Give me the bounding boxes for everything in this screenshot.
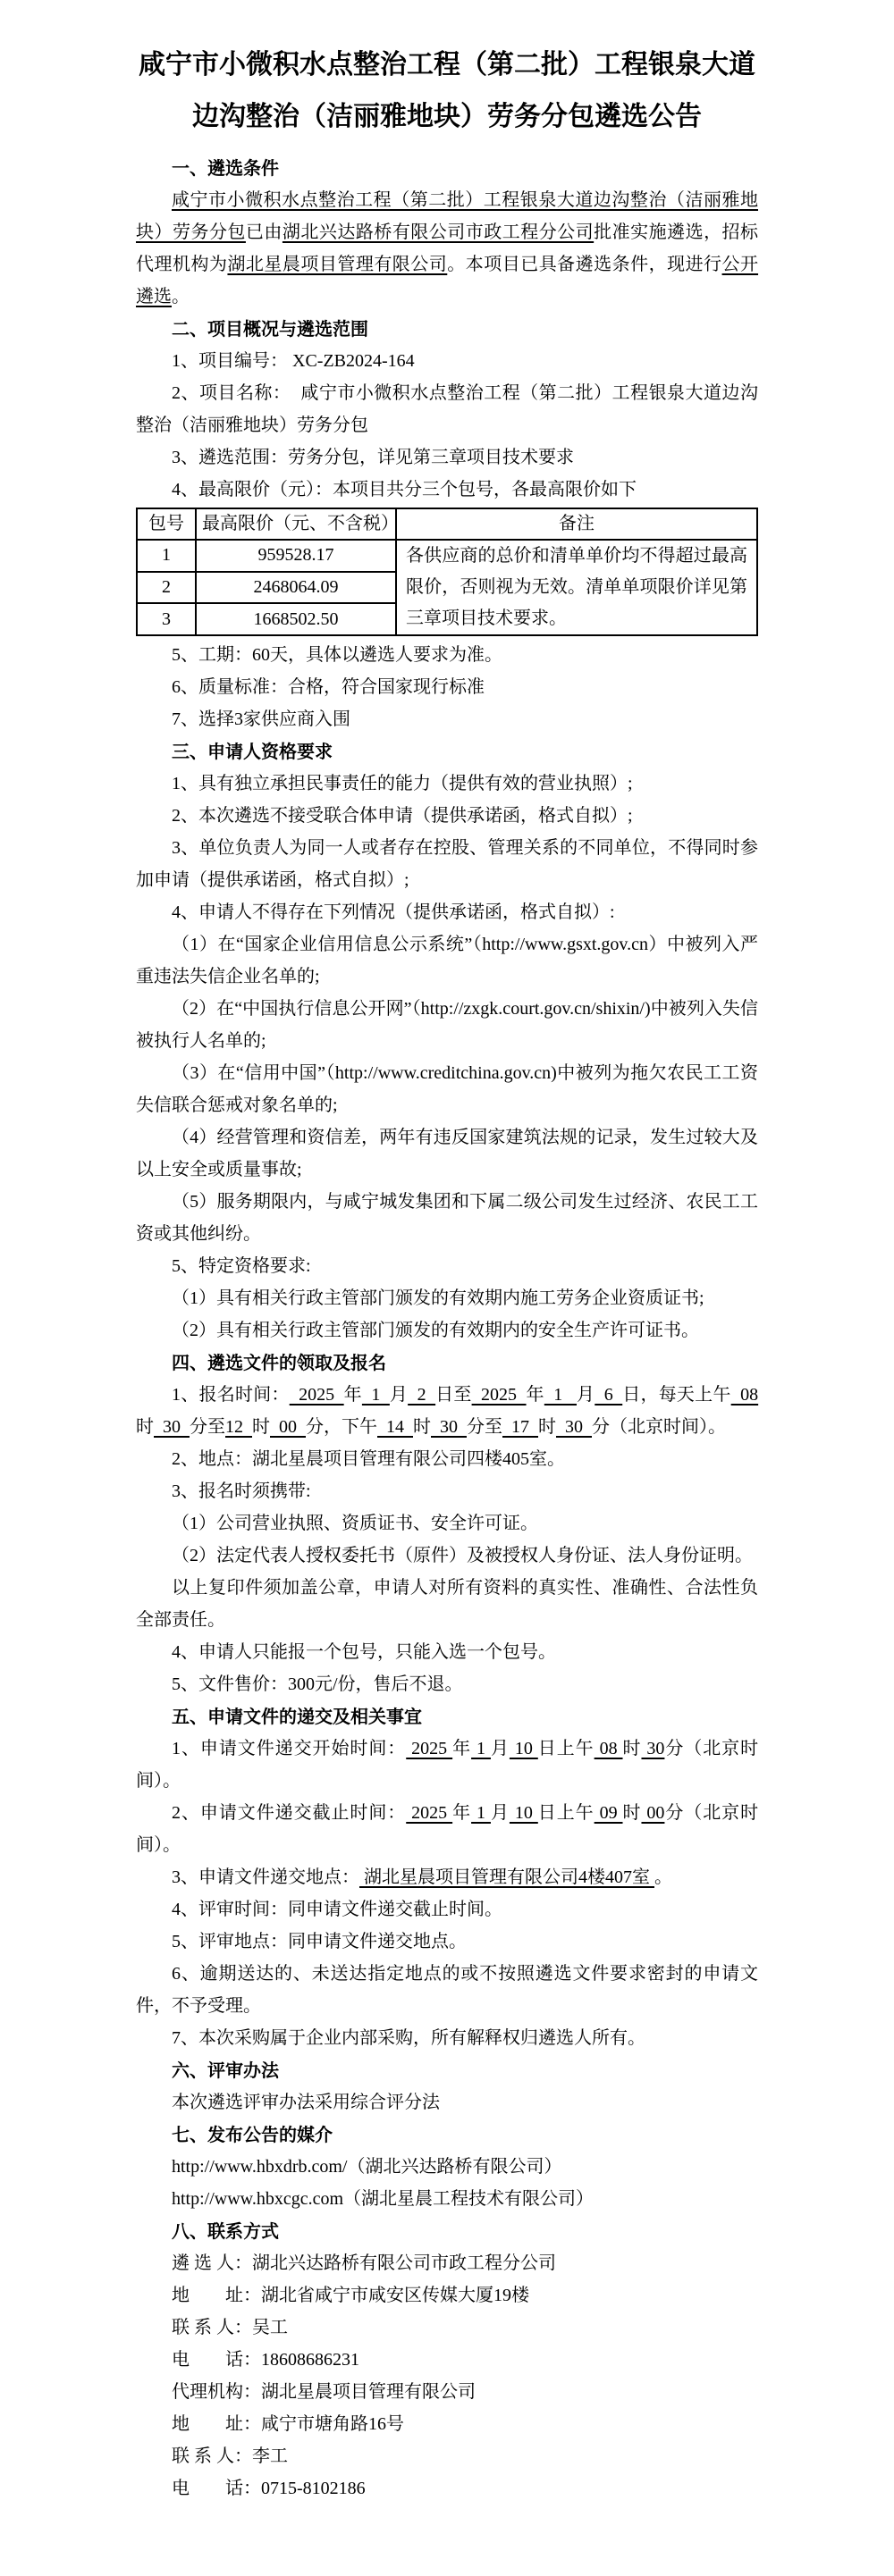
paragraph: 3、遴选范围：劳务分包，详见第三章项目技术要求	[136, 441, 758, 474]
paragraph: （1）在“国家企业信用信息公示系统”（http://www.gsxt.gov.c…	[136, 928, 758, 993]
paragraph: 4、申请人只能报一个包号，只能入选一个包号。	[136, 1636, 758, 1668]
paragraph: 2、本次遴选不接受联合体申请（提供承诺函，格式自拟）;	[136, 800, 758, 832]
underlined-text: 湖北兴达路桥有限公司市政工程分公司	[283, 222, 594, 242]
text-run: 。本项目已具备遴选条件，现进行	[447, 255, 721, 274]
paragraph: 4、申请人不得存在下列情况（提供承诺函，格式自拟）:	[136, 896, 758, 928]
max-price-cell: 959528.17	[196, 540, 396, 572]
package-number-cell: 3	[137, 603, 196, 635]
text-run: 时	[623, 1803, 642, 1823]
paragraph: 5、文件售价：300元/份，售后不退。	[136, 1668, 758, 1700]
section-heading: 二、项目概况与遴选范围	[136, 313, 758, 345]
paragraph: 以上复印件须加盖公章，申请人对所有资料的真实性、准确性、合法性负全部责任。	[136, 1572, 758, 1636]
underlined-text: 6	[595, 1385, 622, 1405]
paragraph: http://www.hbxdrb.com/（湖北兴达路桥有限公司）	[136, 2151, 758, 2183]
paragraph: 4、评审时间：同申请文件递交截止时间。	[136, 1893, 758, 1926]
paragraph: （1）具有相关行政主管部门颁发的有效期内施工劳务企业资质证书;	[136, 1282, 758, 1314]
underlined-text: 08	[595, 1739, 623, 1758]
page-title: 咸宁市小微积水点整治工程（第二批）工程银泉大道边沟整治（洁丽雅地块）劳务分包遴选…	[136, 39, 758, 143]
underlined-text: 2025	[290, 1385, 344, 1405]
text-run: 时	[538, 1417, 556, 1437]
paragraph: 联 系 人：李工	[136, 2440, 758, 2472]
text-run: 1、报名时间：	[172, 1385, 290, 1405]
underlined-text: 1	[471, 1739, 491, 1758]
text-run: 日上午	[538, 1803, 595, 1823]
underlined-text: 1	[471, 1803, 491, 1823]
document-page: 咸宁市小微积水点整治工程（第二批）工程银泉大道边沟整治（洁丽雅地块）劳务分包遴选…	[0, 0, 894, 2576]
max-price-cell: 2468064.09	[196, 572, 396, 604]
paragraph: 6、质量标准：合格，符合国家现行标准	[136, 671, 758, 703]
underlined-text: 2025	[406, 1739, 452, 1758]
section-heading: 六、评审办法	[136, 2054, 758, 2086]
text-run: 时	[623, 1739, 642, 1758]
underlined-text: 湖北星晨项目管理有限公司	[227, 255, 447, 274]
underlined-text: 30	[641, 1739, 664, 1758]
paragraph: 遴 选 人：湖北兴达路桥有限公司市政工程分公司	[136, 2247, 758, 2279]
text-run: 分，下午	[306, 1417, 377, 1437]
section-heading: 七、发布公告的媒介	[136, 2119, 758, 2151]
paragraph: http://www.hbxcgc.com（湖北星晨工程技术有限公司）	[136, 2183, 758, 2215]
text-run: 年	[452, 1803, 471, 1823]
remark-cell: 各供应商的总价和清单单价均不得超过最高限价，否则视为无效。清单单项限价详见第三章…	[396, 540, 757, 635]
text-run: 1、申请文件递交开始时间：	[172, 1739, 406, 1758]
section-heading: 一、遴选条件	[136, 152, 758, 184]
paragraph: 1、具有独立承担民事责任的能力（提供有效的营业执照）;	[136, 768, 758, 800]
paragraph: 2、地点：湖北星晨项目管理有限公司四楼405室。	[136, 1443, 758, 1475]
underlined-text: 14	[377, 1417, 413, 1437]
text-run: 月	[491, 1803, 510, 1823]
text-run: 。	[654, 1867, 672, 1887]
table-header-cell: 包号	[137, 508, 196, 540]
paragraph: 2、项目名称： 咸宁市小微积水点整治工程（第二批）工程银泉大道边沟整治（洁丽雅地…	[136, 377, 758, 441]
underlined-text: 30	[556, 1417, 592, 1437]
underlined-text: 00	[270, 1417, 306, 1437]
text-run: 3、申请文件递交地点：	[172, 1867, 359, 1887]
text-run: 年	[344, 1385, 362, 1405]
paragraph: 3、报名时须携带:	[136, 1475, 758, 1507]
max-price-cell: 1668502.50	[196, 603, 396, 635]
underlined-text: 10	[510, 1739, 538, 1758]
underlined-text: 17	[502, 1417, 538, 1437]
text-run: 2、申请文件递交截止时间：	[172, 1803, 406, 1823]
text-run: 日至	[435, 1385, 471, 1405]
paragraph: 6、逾期送达的、未送达指定地点的或不按照遴选文件要求密封的申请文件，不予受理。	[136, 1958, 758, 2022]
paragraph: （5）服务期限内，与咸宁城发集团和下属二级公司发生过经济、农民工工资或其他纠纷。	[136, 1186, 758, 1250]
document-body: 一、遴选条件咸宁市小微积水点整治工程（第二批）工程银泉大道边沟整治（洁丽雅地块）…	[136, 152, 758, 2505]
paragraph: 1、报名时间： 2025 年 1 月 2 日至 2025 年 1 月 6 日，每…	[136, 1379, 758, 1443]
paragraph: （3）在“信用中国”（http://www.creditchina.gov.cn…	[136, 1057, 758, 1121]
text-run: 年	[452, 1739, 471, 1758]
paragraph: 1、申请文件递交开始时间： 2025 年 1 月 10 日上午 08 时 30分…	[136, 1733, 758, 1797]
table-header-cell: 最高限价（元、不含税）	[196, 508, 396, 540]
paragraph: 电 话：0715-8102186	[136, 2472, 758, 2505]
max-price-table: 包号最高限价（元、不含税）备注1959528.17各供应商的总价和清单单价均不得…	[136, 508, 758, 636]
table-row: 1959528.17各供应商的总价和清单单价均不得超过最高限价，否则视为无效。清…	[137, 540, 757, 572]
paragraph: （1）公司营业执照、资质证书、安全许可证。	[136, 1507, 758, 1540]
paragraph: （2）在“中国执行信息公开网”（http://zxgk.court.gov.cn…	[136, 993, 758, 1057]
underlined-text: 1	[544, 1385, 577, 1405]
package-number-cell: 2	[137, 572, 196, 604]
text-run: 月	[390, 1385, 408, 1405]
text-run: 分至	[190, 1417, 225, 1437]
text-run: 时	[252, 1417, 270, 1437]
table-header-row: 包号最高限价（元、不含税）备注	[137, 508, 757, 540]
underlined-text: 2025	[406, 1803, 452, 1823]
underlined-text: 2	[408, 1385, 435, 1405]
section-heading: 三、申请人资格要求	[136, 735, 758, 768]
paragraph: （4）经营管理和资信差，两年有违反国家建筑法规的记录，发生过较大及以上安全或质量…	[136, 1121, 758, 1186]
underlined-text: 10	[510, 1803, 538, 1823]
text-run: 月	[491, 1739, 510, 1758]
text-run: 已由	[246, 222, 283, 242]
underlined-text: 湖北星晨项目管理有限公司4楼407室	[359, 1867, 654, 1887]
paragraph: 咸宁市小微积水点整治工程（第二批）工程银泉大道边沟整治（洁丽雅地块）劳务分包已由…	[136, 184, 758, 313]
text-run: 。	[172, 287, 190, 306]
paragraph: （2）具有相关行政主管部门颁发的有效期内的安全生产许可证书。	[136, 1314, 758, 1347]
section-heading: 八、联系方式	[136, 2215, 758, 2247]
text-run: 月	[577, 1385, 595, 1405]
paragraph: 3、单位负责人为同一人或者存在控股、管理关系的不同单位，不得同时参加申请（提供承…	[136, 832, 758, 896]
underlined-text: 1	[362, 1385, 390, 1405]
paragraph: 联 系 人：吴工	[136, 2312, 758, 2344]
paragraph: 地 址：湖北省咸宁市咸安区传媒大厦19楼	[136, 2279, 758, 2312]
text-run: 年	[527, 1385, 544, 1405]
paragraph: 1、项目编号： XC-ZB2024-164	[136, 345, 758, 377]
underlined-text: 30	[154, 1417, 190, 1437]
text-run: 日，每天上午	[622, 1385, 730, 1405]
text-run: 分（北京时间）。	[592, 1417, 726, 1437]
paragraph: 3、申请文件递交地点： 湖北星晨项目管理有限公司4楼407室 。	[136, 1861, 758, 1893]
paragraph: 7、选择3家供应商入围	[136, 703, 758, 735]
paragraph: 电 话：18608686231	[136, 2344, 758, 2376]
paragraph: 2、申请文件递交截止时间： 2025 年 1 月 10 日上午 09 时 00分…	[136, 1797, 758, 1861]
paragraph: （2）法定代表人授权委托书（原件）及被授权人身份证、法人身份证明。	[136, 1540, 758, 1572]
section-heading: 四、遴选文件的领取及报名	[136, 1347, 758, 1379]
paragraph: 代理机构：湖北星晨项目管理有限公司	[136, 2376, 758, 2408]
underlined-text: 12	[225, 1417, 252, 1437]
paragraph: 本次遴选评审办法采用综合评分法	[136, 2086, 758, 2119]
table-header-cell: 备注	[396, 508, 757, 540]
paragraph: 5、评审地点：同申请文件递交地点。	[136, 1926, 758, 1958]
underlined-text: 30	[431, 1417, 467, 1437]
text-run: 分至	[467, 1417, 502, 1437]
text-run: 时	[413, 1417, 431, 1437]
paragraph: 地 址：咸宁市塘角路16号	[136, 2408, 758, 2440]
paragraph: 4、最高限价（元）：本项目共分三个包号，各最高限价如下	[136, 474, 758, 506]
underlined-text: 00	[641, 1803, 664, 1823]
underlined-text: 08	[731, 1385, 758, 1405]
package-number-cell: 1	[137, 540, 196, 572]
paragraph: 5、工期：60天，具体以遴选人要求为准。	[136, 639, 758, 671]
underlined-text: 09	[595, 1803, 623, 1823]
text-run: 日上午	[538, 1739, 595, 1758]
underlined-text: 2025	[472, 1385, 527, 1405]
section-heading: 五、申请文件的递交及相关事宜	[136, 1700, 758, 1733]
paragraph: 7、本次采购属于企业内部采购，所有解释权归遴选人所有。	[136, 2022, 758, 2054]
paragraph: 5、特定资格要求:	[136, 1250, 758, 1282]
